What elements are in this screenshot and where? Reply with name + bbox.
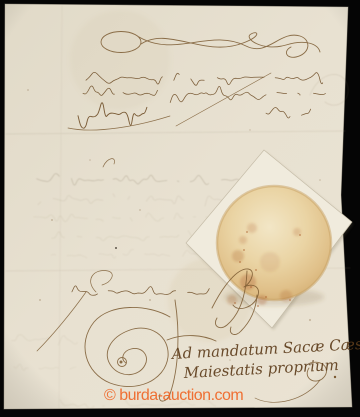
formula-period [334,376,336,378]
document-photo: Ad mandatum Sacæ Cæs: Maiestatis propriu… [0,0,360,417]
lot-photo: Ad mandatum Sacæ Cæs: Maiestatis propriu… [0,0,360,417]
ink-dot [115,247,117,249]
watermark: © burda-auction.com [104,387,243,404]
wax-seal [217,186,331,300]
